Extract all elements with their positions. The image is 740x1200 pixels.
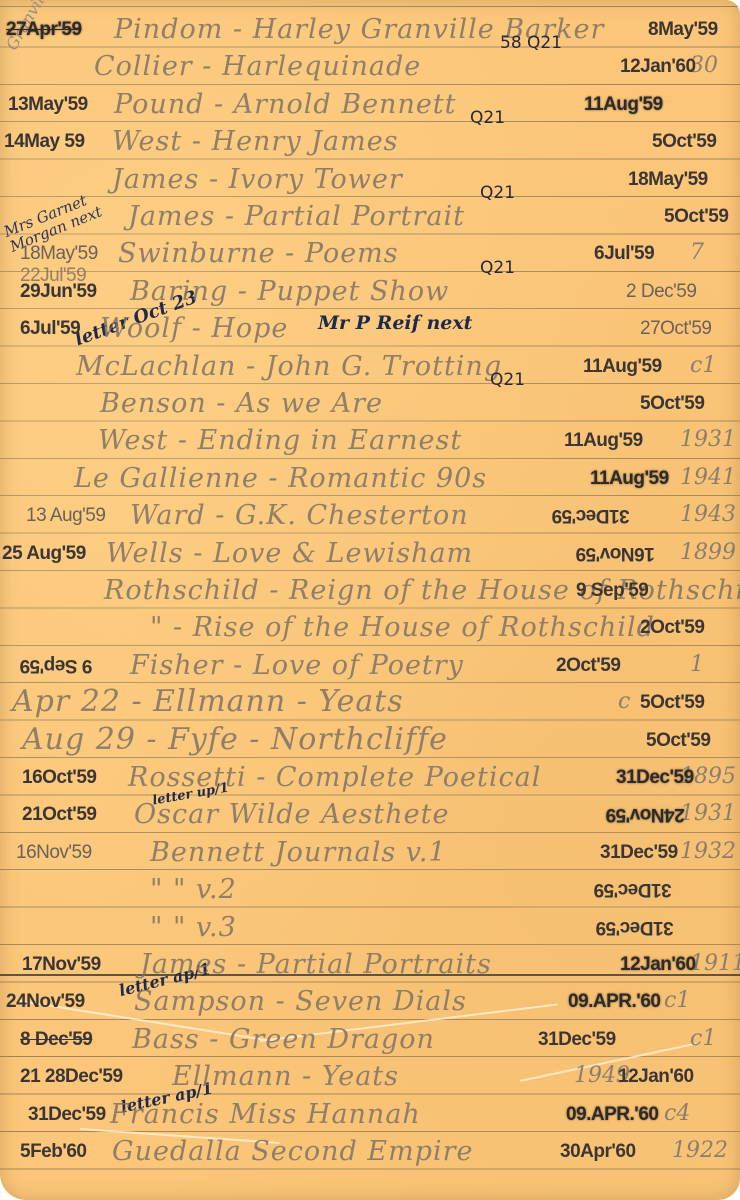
loan-row: 16Oct'59Rossetti - Complete Poetical1895… (0, 758, 740, 795)
publication-year-note: 1 (690, 652, 704, 677)
book-title-entry: West - Henry James (112, 128, 399, 155)
issue-date-stamp: 18May'59 (20, 244, 98, 263)
publication-year-note: c1 (690, 1026, 716, 1051)
loan-row: 5Feb'60Guedalla Second Empire192230Apr'6… (0, 1132, 740, 1169)
book-title-entry: McLachlan - John G. Trotting (76, 353, 502, 380)
loan-row: 8 Dec'59Bass - Green Dragonc131Dec'59 (0, 1020, 740, 1057)
return-date-stamp: 31Dec'59 (538, 1030, 616, 1049)
loan-row: 25 Aug'59Wells - Love & Lewisham189916No… (0, 534, 740, 571)
book-title-entry: Apr 22 - Ellmann - Yeats (12, 687, 404, 717)
issue-date-stamp: 13 Aug'59 (26, 506, 105, 525)
issue-date-stamp: 6Jul'59 (20, 319, 80, 338)
loan-row: Aug 29 - Fyfe - Northcliffe5Oct'59 (0, 721, 740, 758)
publication-year-note: 1899 (680, 540, 736, 565)
return-date-stamp: 12Jan'60 (620, 955, 696, 974)
loan-row: Le Gallienne - Romantic 90s194111Aug'59 (0, 459, 740, 496)
loan-row: " " v.331Dec'59 (0, 908, 740, 945)
return-date-stamp: 5Oct'59 (664, 207, 728, 226)
return-date-stamp: 31Dec'59 (596, 918, 674, 937)
publication-year-note: c1 (690, 353, 716, 378)
loan-row: 24Nov'59Sampson - Seven Dialsc109.APR.'6… (0, 982, 740, 1019)
return-date-stamp: 8May'59 (648, 20, 718, 39)
publication-year-note: 1922 (672, 1138, 728, 1163)
loan-row: West - Ending in Earnest193111Aug'59 (0, 421, 740, 458)
book-title-entry: James - Ivory Tower (112, 166, 403, 193)
return-date-stamp: 11Aug'59 (590, 469, 669, 488)
publication-year-note: 1941 (680, 465, 736, 490)
book-title-entry: Collier - Harlequinade (94, 53, 421, 80)
issue-date-stamp: 21Oct'59 (22, 805, 96, 824)
book-title-entry: " " v.2 (150, 876, 237, 903)
issue-date-stamp: 27Apr'59 (6, 20, 82, 39)
return-date-stamp: 31Dec'59 (600, 843, 678, 862)
loan-row: 18May'59Swinburne - Poems76Jul'59 (0, 234, 740, 271)
loan-row: 27Apr'59Pindom - Harley Granville Barker… (0, 10, 740, 47)
loan-row: Rothschild - Reign of the House of Roths… (0, 571, 740, 608)
issue-date-stamp-overprint: 22Jul'59 (20, 266, 86, 285)
book-title-entry: Wells - Love & Lewisham (106, 540, 473, 567)
book-title-entry: West - Ending in Earnest (98, 427, 462, 454)
loan-row: 16Nov'59Bennett Journals v.1193231Dec'59 (0, 833, 740, 870)
book-title-entry: James - Partial Portrait (128, 203, 465, 230)
return-date-stamp: 31Dec'59 (616, 768, 694, 787)
book-title-entry: Bass - Green Dragon (132, 1026, 435, 1053)
return-date-stamp: 12Jan'60 (620, 57, 696, 76)
issue-date-stamp: 24Nov'59 (6, 992, 85, 1011)
loan-row: McLachlan - John G. Trottingc111Aug'59 (0, 347, 740, 384)
return-date-stamp: 18May'59 (628, 170, 708, 189)
publication-year-note: 1931 (680, 427, 736, 452)
loan-row: 6Jul'59Woolf - Hope27Oct'59 (0, 309, 740, 346)
book-title-entry: Bennett Journals v.1 (150, 839, 447, 866)
issue-date-stamp: 21 28Dec'59 (20, 1067, 123, 1086)
book-title-entry: Pound - Arnold Bennett (114, 91, 457, 118)
catalogue-code: Q21 (480, 258, 515, 278)
return-date-stamp: 2Oct'59 (640, 618, 704, 637)
book-title-entry: Sampson - Seven Dials (134, 988, 467, 1015)
book-title-entry: " " v.3 (150, 914, 237, 941)
loan-row: James - Partial PortraitQ215Oct'59 (0, 197, 740, 234)
issue-date-stamp: 9 Sep'59 (20, 656, 92, 675)
loan-row: 13May'59Pound - Arnold Bennett11Aug'59 (0, 85, 740, 122)
publication-year-note: 1932 (680, 839, 736, 864)
catalogue-code: Q21 (490, 370, 525, 390)
publication-year-note: 1911 (690, 951, 740, 976)
issue-date-stamp: 16Nov'59 (16, 843, 92, 862)
return-date-stamp: 9 Sep'59 (576, 581, 648, 600)
return-date-stamp: 5Oct'59 (640, 394, 704, 413)
book-title-entry: " - Rise of the House of Rothschild (150, 614, 655, 641)
loan-row: 14May 59West - Henry JamesQ215Oct'59 (0, 122, 740, 159)
publication-year-note: c1 (664, 988, 690, 1013)
issue-date-stamp: 13May'59 (8, 95, 88, 114)
loan-row: Collier - Harlequinade58 Q213012Jan'60 (0, 47, 740, 84)
return-date-stamp: 2 Dec'59 (626, 282, 696, 301)
return-date-stamp: 5Oct'59 (652, 132, 716, 151)
issue-date-stamp: 31Dec'59 (28, 1105, 106, 1124)
publication-year-note: c (618, 689, 630, 714)
return-date-stamp: 5Oct'59 (646, 731, 710, 750)
return-date-stamp: 24Nov'59 (606, 805, 685, 824)
issue-date-stamp: 8 Dec'59 (20, 1030, 92, 1049)
loan-row: 29Jun'5922Jul'59Baring - Puppet ShowQ212… (0, 272, 740, 309)
publication-year-note: 1931 (680, 801, 736, 826)
book-title-entry: Ellmann - Yeats (172, 1063, 399, 1090)
return-date-stamp: 27Oct'59 (640, 319, 711, 338)
return-date-stamp: 2Oct'59 (556, 656, 620, 675)
return-date-stamp: 31Dec'59 (552, 506, 630, 525)
book-title-entry: Woolf - Hope (100, 315, 288, 342)
issue-date-stamp: 25 Aug'59 (2, 544, 86, 563)
catalogue-code: Q21 (470, 108, 505, 128)
return-date-stamp: 11Aug'59 (564, 431, 643, 450)
loan-row: " " v.231Dec'59 (0, 870, 740, 907)
book-title-entry: Fisher - Love of Poetry (130, 652, 464, 679)
loan-row: James - Ivory Tower18May'59 (0, 160, 740, 197)
book-title-entry: Francis Miss Hannah (110, 1101, 421, 1128)
publication-year-note: c4 (664, 1101, 690, 1126)
loan-row: Apr 22 - Ellmann - Yeatsc5Oct'59 (0, 683, 740, 720)
publication-year-note: 1943 (680, 502, 736, 527)
book-title-entry: Swinburne - Poems (118, 240, 399, 267)
return-date-stamp: 09.APR.'60 (566, 1105, 658, 1124)
catalogue-code: Q21 (480, 183, 515, 203)
return-date-stamp: 5Oct'59 (640, 693, 704, 712)
return-date-stamp: 6Jul'59 (594, 244, 654, 263)
book-title-entry: Aug 29 - Fyfe - Northcliffe (22, 725, 448, 755)
issue-date-stamp: 16Oct'59 (22, 768, 96, 787)
return-date-stamp: 12Jan'60 (618, 1067, 694, 1086)
catalogue-code: 58 Q21 (500, 33, 562, 53)
return-date-stamp: 09.APR.'60 (568, 992, 660, 1011)
return-date-stamp: 16Nov'59 (576, 544, 655, 563)
issue-date-stamp: 5Feb'60 (20, 1142, 87, 1161)
book-title-entry: Benson - As we Are (100, 390, 383, 417)
issue-date-stamp: 17Nov'59 (22, 955, 101, 974)
return-date-stamp: 30Apr'60 (560, 1142, 636, 1161)
book-title-entry: Baring - Puppet Show (130, 278, 449, 305)
loan-row: " - Rise of the House of Rothschild2Oct'… (0, 608, 740, 645)
loan-record-card: Granville Barker " Mrs Garnet Morgan nex… (0, 0, 740, 1200)
book-title-entry: Guedalla Second Empire (112, 1138, 474, 1165)
book-title-entry: Rossetti - Complete Poetical (128, 764, 541, 791)
loan-row: Benson - As we AreQ215Oct'59 (0, 384, 740, 421)
book-title-entry: Le Gallienne - Romantic 90s (74, 465, 487, 492)
loan-row: 9 Sep'59Fisher - Love of Poetry12Oct'59 (0, 646, 740, 683)
return-date-stamp: 11Aug'59 (583, 357, 662, 376)
loan-row: 21Oct'59Oscar Wilde Aesthete193124Nov'59 (0, 795, 740, 832)
book-title-entry: James - Partial Portraits (140, 951, 492, 978)
book-title-entry: Ward - G.K. Chesterton (130, 502, 469, 529)
publication-year-note: 7 (690, 240, 704, 265)
loan-row: 31Dec'59Francis Miss Hannahc409.APR.'60 (0, 1095, 740, 1132)
return-date-stamp: 31Dec'59 (594, 880, 672, 899)
book-title-entry: Oscar Wilde Aesthete (134, 801, 449, 828)
return-date-stamp: 11Aug'59 (584, 95, 663, 114)
loan-row: 21 28Dec'59Ellmann - Yeats194912Jan'60 (0, 1057, 740, 1094)
loan-row: 13 Aug'59Ward - G.K. Chesterton194331Dec… (0, 496, 740, 533)
issue-date-stamp: 14May 59 (4, 132, 85, 151)
loan-row: 17Nov'59James - Partial Portraits191112J… (0, 945, 740, 982)
